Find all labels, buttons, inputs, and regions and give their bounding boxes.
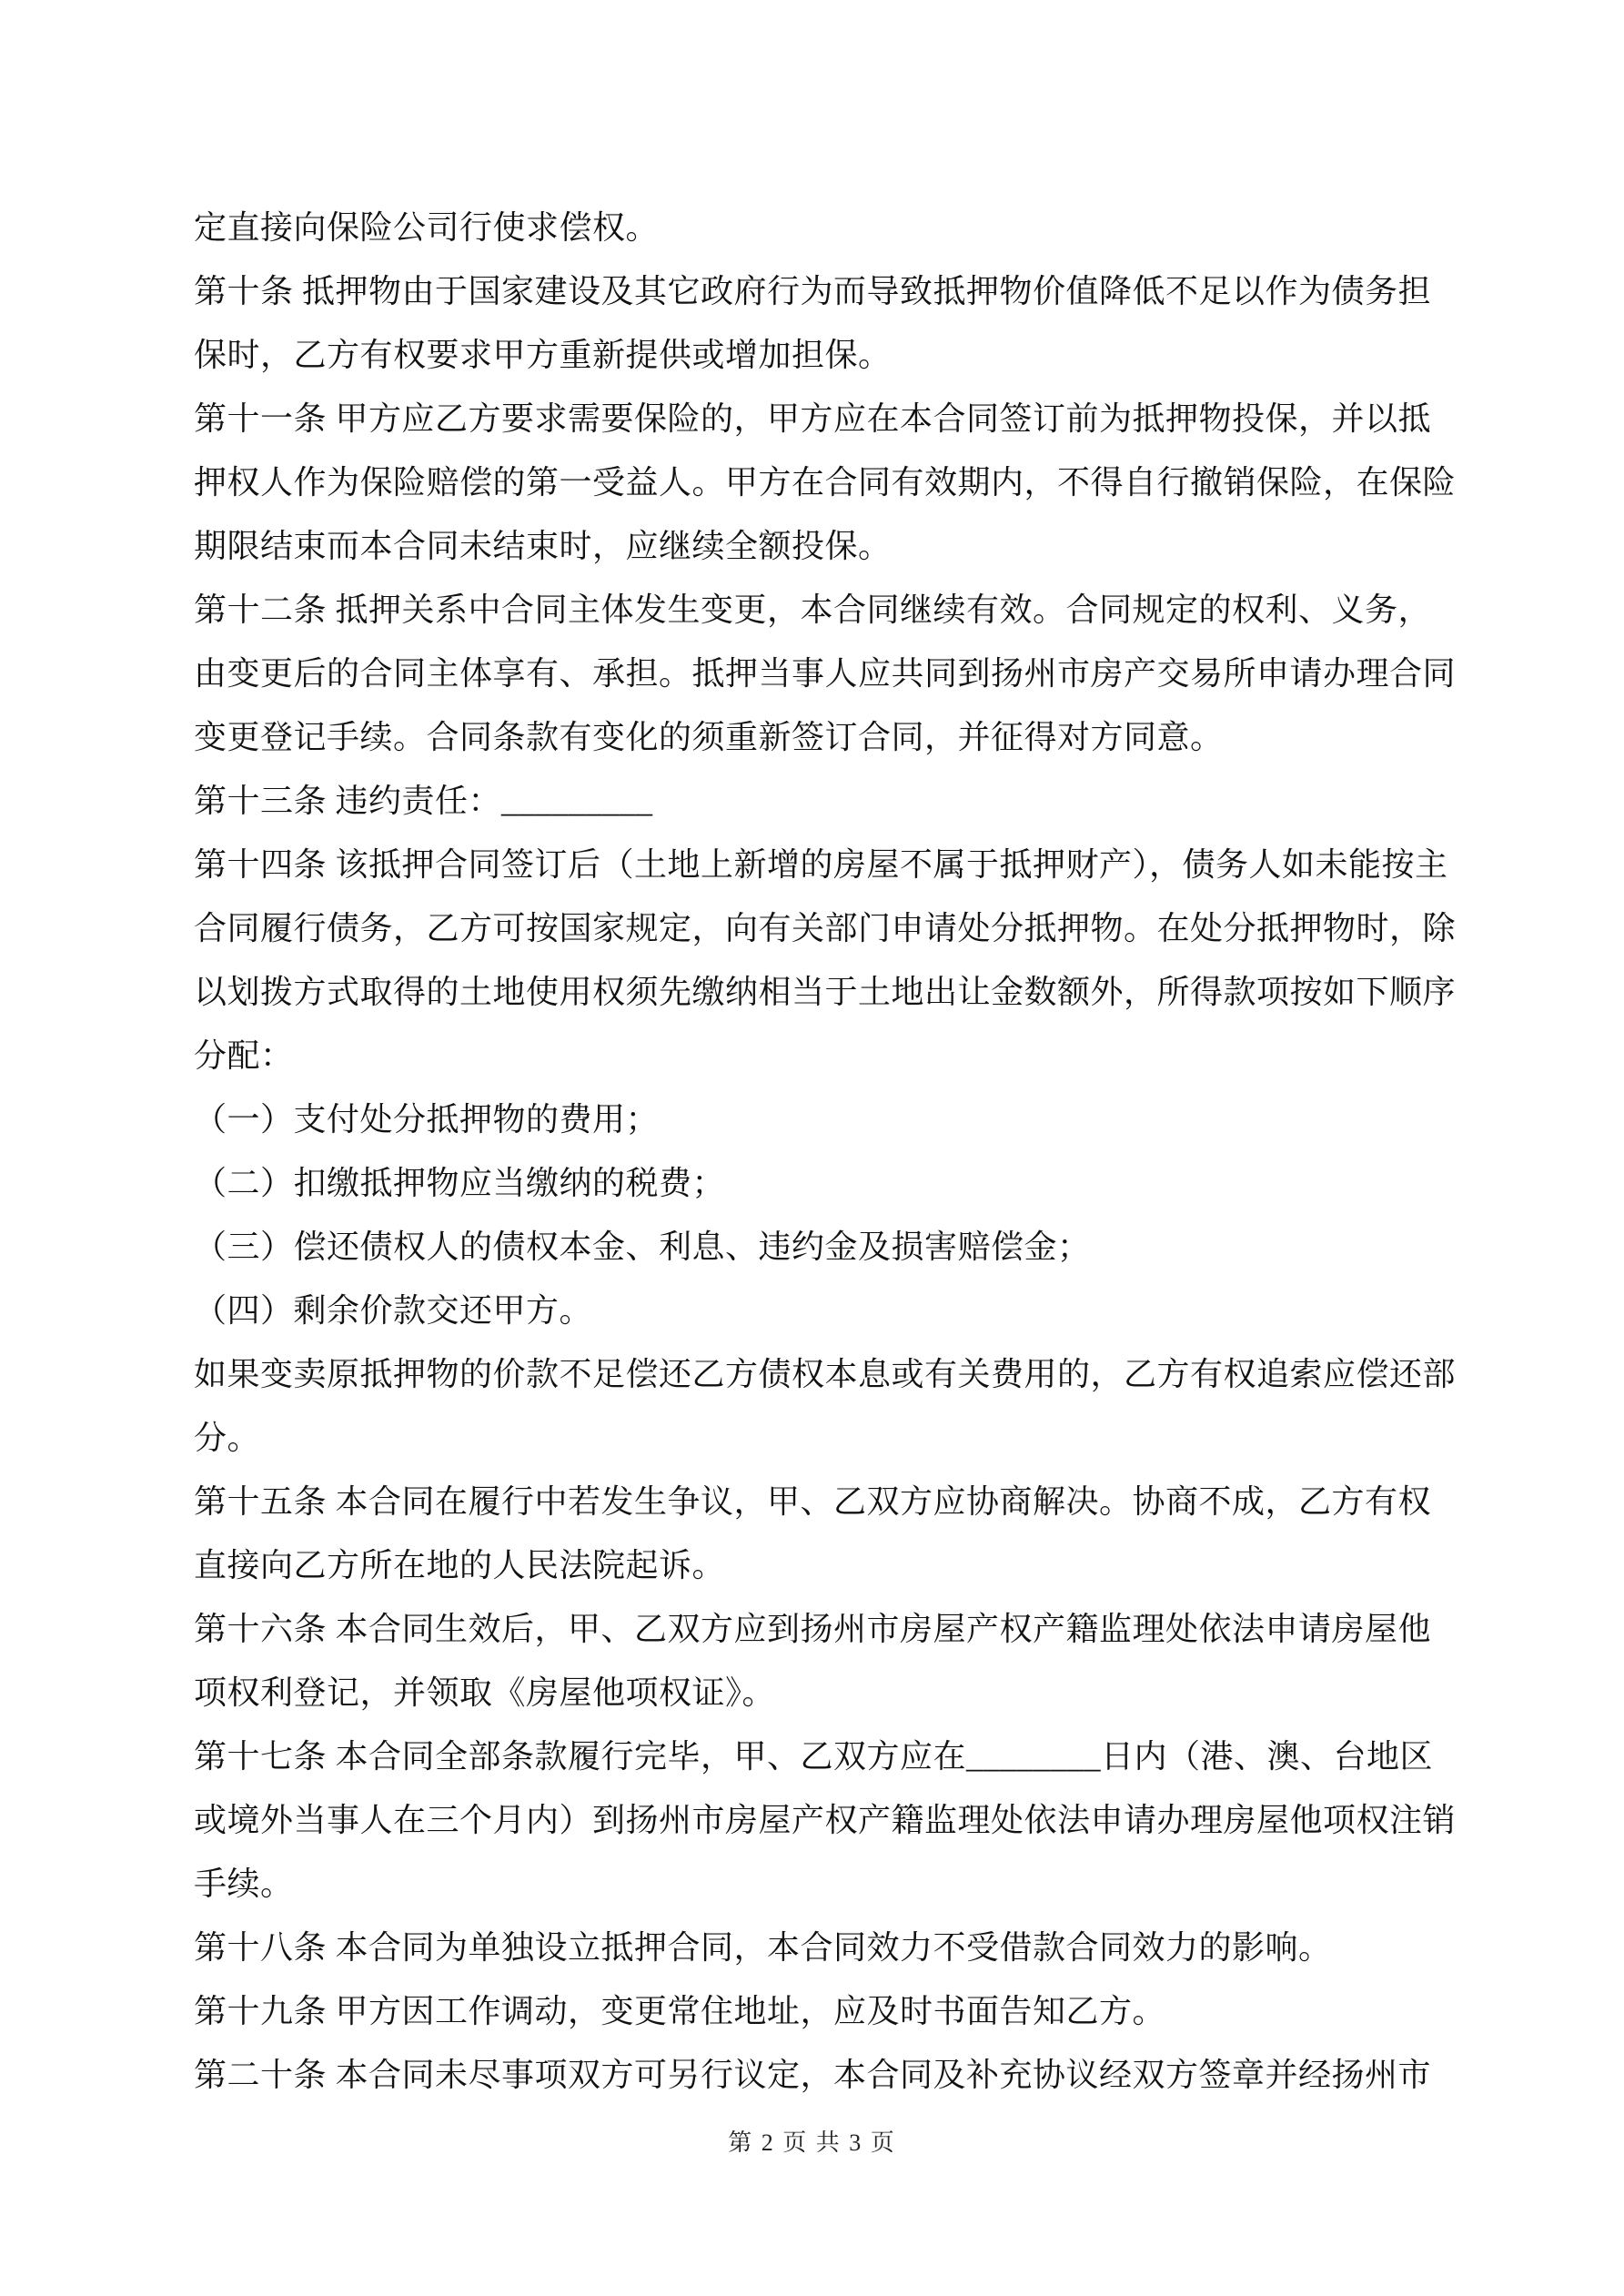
text-line: 合同履行债务，乙方可按国家规定，向有关部门申请处分抵押物。在处分抵押物时，除 (194, 896, 1436, 960)
text-line: 或境外当事人在三个月内）到扬州市房屋产权产籍监理处依法申请办理房屋他项权注销 (194, 1788, 1436, 1852)
text-line: 直接向乙方所在地的人民法院起诉。 (194, 1533, 1436, 1597)
page-footer: 第 2 页 共 3 页 (0, 2120, 1624, 2166)
text-line: 由变更后的合同主体享有、承担。抵押当事人应共同到扬州市房产交易所申请办理合同 (194, 642, 1436, 705)
text-line: 第十一条 甲方应乙方要求需要保险的，甲方应在本合同签订前为抵押物投保，并以抵 (194, 387, 1436, 450)
text-line: 第十九条 甲方因工作调动，变更常住地址，应及时书面告知乙方。 (194, 1979, 1436, 2043)
text-line: 第十八条 本合同为单独设立抵押合同，本合同效力不受借款合同效力的影响。 (194, 1916, 1436, 1979)
text-line: 手续。 (194, 1852, 1436, 1916)
text-line: 定直接向保险公司行使求偿权。 (194, 196, 1436, 259)
text-line: 分配： (194, 1024, 1436, 1087)
list-item-line: （二）扣缴抵押物应当缴纳的税费； (194, 1151, 1436, 1215)
text-line: 押权人作为保险赔偿的第一受益人。甲方在合同有效期内，不得自行撤销保险，在保险 (194, 450, 1436, 514)
text-line: 分。 (194, 1406, 1436, 1470)
text-line: 以划拨方式取得的土地使用权须先缴纳相当于土地出让金数额外，所得款项按如下顺序 (194, 960, 1436, 1024)
text-line: 第十五条 本合同在履行中若发生争议，甲、乙双方应协商解决。协商不成，乙方有权 (194, 1470, 1436, 1533)
text-line: 保时，乙方有权要求甲方重新提供或增加担保。 (194, 323, 1436, 387)
document-page: 定直接向保险公司行使求偿权。 第十条 抵押物由于国家建设及其它政府行为而导致抵押… (0, 0, 1624, 2296)
list-item-line: （一）支付处分抵押物的费用； (194, 1087, 1436, 1151)
text-line-with-blank: 第十三条 违约责任：_________ (194, 769, 1436, 833)
list-item-line: （三）偿还债权人的债权本金、利息、违约金及损害赔偿金； (194, 1215, 1436, 1279)
text-line-with-blank: 第十七条 本合同全部条款履行完毕，甲、乙双方应在________日内（港、澳、台… (194, 1725, 1436, 1788)
text-line: 第十四条 该抵押合同签订后（土地上新增的房屋不属于抵押财产），债务人如未能按主 (194, 833, 1436, 896)
document-body: 定直接向保险公司行使求偿权。 第十条 抵押物由于国家建设及其它政府行为而导致抵押… (194, 196, 1436, 2107)
text-line: 第十六条 本合同生效后，甲、乙双方应到扬州市房屋产权产籍监理处依法申请房屋他 (194, 1597, 1436, 1661)
text-line: 期限结束而本合同未结束时，应继续全额投保。 (194, 514, 1436, 578)
text-line: 如果变卖原抵押物的价款不足偿还乙方债权本息或有关费用的，乙方有权追索应偿还部 (194, 1342, 1436, 1406)
text-line: 变更登记手续。合同条款有变化的须重新签订合同，并征得对方同意。 (194, 705, 1436, 769)
list-item-line: （四）剩余价款交还甲方。 (194, 1279, 1436, 1342)
text-line: 第十条 抵押物由于国家建设及其它政府行为而导致抵押物价值降低不足以作为债务担 (194, 259, 1436, 323)
text-line: 第十二条 抵押关系中合同主体发生变更，本合同继续有效。合同规定的权利、义务， (194, 578, 1436, 642)
text-line: 项权利登记，并领取《房屋他项权证》。 (194, 1661, 1436, 1725)
text-line: 第二十条 本合同未尽事项双方可另行议定，本合同及补充协议经双方签章并经扬州市 (194, 2043, 1436, 2107)
